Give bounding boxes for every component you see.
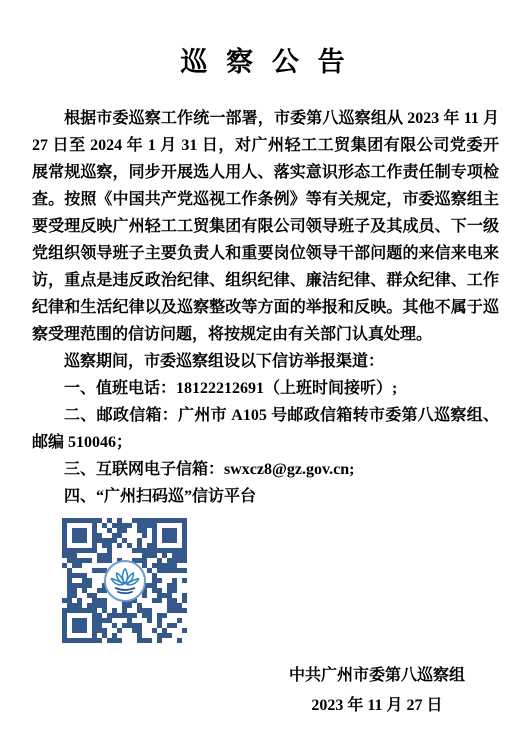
notice-body: 根据市委巡察工作统一部署，市委第八巡察组从 2023 年 11 月 27 日至 … bbox=[32, 105, 499, 510]
paragraph-channels-intro: 巡察期间，市委巡察组设以下信访举报渠道： bbox=[32, 348, 499, 375]
notice-page: 巡 察 公 告 根据市委巡察工作统一部署，市委第八巡察组从 2023 年 11 … bbox=[0, 0, 525, 752]
channel-qr-platform: 四、“广州扫码巡”信访平台 bbox=[32, 483, 499, 510]
paragraph-intro: 根据市委巡察工作统一部署，市委第八巡察组从 2023 年 11 月 27 日至 … bbox=[32, 105, 499, 348]
qr-center-logo bbox=[104, 560, 146, 602]
qr-code bbox=[62, 518, 187, 643]
channel-email: 三、互联网电子信箱：swxcz8@gz.gov.cn; bbox=[32, 456, 499, 483]
signature-date: 2023 年 11 月 27 日 bbox=[289, 691, 465, 721]
page-title: 巡 察 公 告 bbox=[32, 40, 499, 79]
signature-org: 中共广州市委第八巡察组 bbox=[289, 661, 465, 691]
signature-block: 中共广州市委第八巡察组 2023 年 11 月 27 日 bbox=[289, 661, 465, 721]
channel-postal-box: 二、邮政信箱：广州市 A105 号邮政信箱转市委第八巡察组、邮编 510046； bbox=[32, 402, 499, 456]
channel-phone: 一、值班电话：18122212691（上班时间接听）; bbox=[32, 375, 499, 402]
lotus-icon bbox=[108, 564, 142, 598]
